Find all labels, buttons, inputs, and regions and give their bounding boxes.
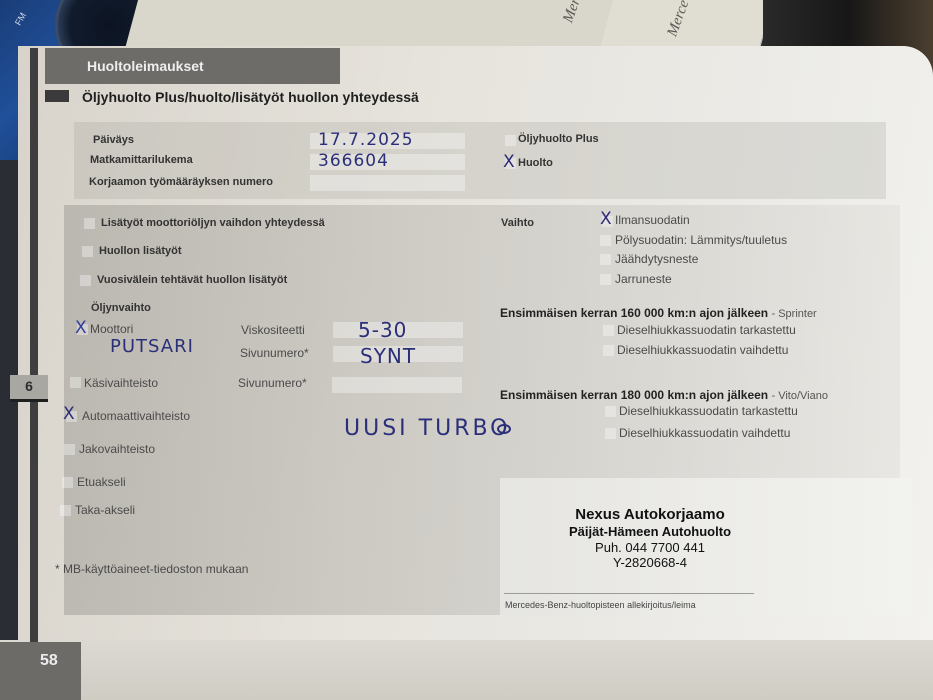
viscosity-value: 5-30: [358, 318, 407, 342]
stamp-business-id: Y-2820668-4: [520, 555, 780, 570]
checkbox-sprinter-tarkastettu[interactable]: [603, 325, 614, 336]
ilmansuodatin-label: Ilmansuodatin: [615, 213, 690, 227]
viscosity-label: Viskositeetti: [241, 323, 305, 337]
taka-akseli-label: Taka-akseli: [75, 503, 135, 517]
kasivaihteisto-label: Käsivaihteisto: [84, 376, 158, 390]
checkbox-jarruneste[interactable]: [600, 274, 611, 285]
checkbox-sprinter-vaihdettu[interactable]: [603, 345, 614, 356]
stamp-phone: Puh. 044 7700 441: [520, 540, 780, 555]
page-number-field-2[interactable]: [332, 377, 462, 393]
chapter-side-tab: 6: [10, 375, 48, 399]
automaattivaihteisto-label: Automaattivaihteisto: [82, 409, 190, 423]
check-mark-icon: X: [600, 211, 612, 228]
odometer-value: 366604: [318, 151, 389, 171]
page-number-label-2: Sivunumero*: [238, 376, 307, 390]
engine-handwritten-note: PUTSARI: [110, 336, 194, 357]
date-value: 17.7.2025: [318, 130, 414, 150]
footnote: * MB-käyttöaineet-tiedoston mukaan: [55, 562, 248, 576]
checkbox-jaahdytysneste[interactable]: [600, 254, 611, 265]
checkbox-kasivaihteisto[interactable]: [70, 377, 81, 388]
stamp-company: Nexus Autokorjaamo: [520, 506, 780, 523]
work-order-label: Korjaamon työmääräyksen numero: [89, 176, 273, 188]
sprinter-heading-text: Ensimmäisen kerran 160 000 km:n ajon jäl…: [500, 306, 768, 320]
checkbox-polysuodatin[interactable]: [600, 235, 611, 246]
replacement-heading: Vaihto: [501, 217, 534, 229]
oil-change-heading: Öljynvaihto: [91, 302, 151, 314]
check-mark-icon: X: [63, 406, 75, 423]
handwritten-circle-mark: [497, 424, 511, 434]
jaahdytysneste-label: Jäähdytysneste: [615, 252, 698, 266]
work-order-field[interactable]: [310, 175, 465, 191]
check-mark-icon: X: [503, 154, 515, 171]
page-number-value-1: SYNT: [360, 344, 416, 368]
sprinter-tarkastettu-label: Dieselhiukkassuodatin tarkastettu: [617, 323, 796, 337]
page-number-label-1: Sivunumero*: [240, 346, 309, 360]
jakovaihteisto-label: Jakovaihteisto: [79, 442, 155, 456]
stamp-caption: Mercedes-Benz-huoltopisteen allekirjoitu…: [505, 600, 696, 610]
date-label: Päiväys: [93, 134, 134, 146]
side-tab-underline: [10, 399, 48, 402]
sprinter-vaihdettu-label: Dieselhiukkassuodatin vaihdettu: [617, 343, 788, 357]
checkbox-vito-vaihdettu[interactable]: [605, 428, 616, 439]
vito-heading: Ensimmäisen kerran 180 000 km:n ajon jäl…: [500, 388, 828, 402]
signature-line: [504, 593, 754, 594]
check-mark-icon: X: [75, 320, 87, 337]
page-bottom-edge: [0, 640, 933, 700]
vito-vaihdettu-label: Dieselhiukkassuodatin vaihdettu: [619, 426, 790, 440]
checkbox-oljyhuolto-plus[interactable]: [505, 135, 516, 146]
handwritten-remark: UUSI TURBO: [344, 416, 511, 441]
checkbox-taka-akseli[interactable]: [60, 505, 71, 516]
sprinter-heading: Ensimmäisen kerran 160 000 km:n ajon jäl…: [500, 306, 817, 320]
etuakseli-label: Etuakseli: [77, 475, 126, 489]
checkbox-etuakseli[interactable]: [62, 477, 73, 488]
oljyhuolto-plus-label: Öljyhuolto Plus: [518, 133, 599, 145]
huolto-label: Huolto: [518, 157, 553, 169]
polysuodatin-label: Pölysuodatin: Lämmitys/tuuletus: [615, 233, 787, 247]
checkbox-jakovaihteisto[interactable]: [64, 444, 75, 455]
section-title-text: Huoltoleimaukset: [87, 58, 204, 74]
odometer-label: Matkamittarilukema: [90, 154, 193, 166]
vito-tarkastettu-label: Dieselhiukkassuodatin tarkastettu: [619, 404, 798, 418]
checkbox-huollon-lisatyot[interactable]: [82, 246, 93, 257]
page-number: 58: [0, 642, 81, 700]
checkbox-vuosivalein[interactable]: [80, 275, 91, 286]
sprinter-model: - Sprinter: [771, 308, 816, 320]
vuosivalein-label: Vuosivälein tehtävät huollon lisätyöt: [97, 274, 287, 286]
subtitle-marker: [45, 90, 69, 102]
moottori-label: Moottori: [90, 322, 133, 336]
vito-model: - Vito/Viano: [771, 390, 827, 402]
section-title: Huoltoleimaukset: [45, 48, 340, 84]
lisatyot-oljynvaihto-label: Lisätyöt moottoriöljyn vaihdon yhteydess…: [101, 217, 325, 229]
stamp-subtitle: Päijät-Hämeen Autohuolto: [520, 524, 780, 539]
checkbox-vito-tarkastettu[interactable]: [605, 406, 616, 417]
page-left-edge-bar: [30, 48, 38, 648]
jarruneste-label: Jarruneste: [615, 272, 672, 286]
checkbox-lisatyot-oljynvaihto[interactable]: [84, 218, 95, 229]
huollon-lisatyot-label: Huollon lisätyöt: [99, 245, 182, 257]
page-subtitle: Öljyhuolto Plus/huolto/lisätyöt huollon …: [82, 89, 419, 105]
vito-heading-text: Ensimmäisen kerran 180 000 km:n ajon jäl…: [500, 388, 768, 402]
